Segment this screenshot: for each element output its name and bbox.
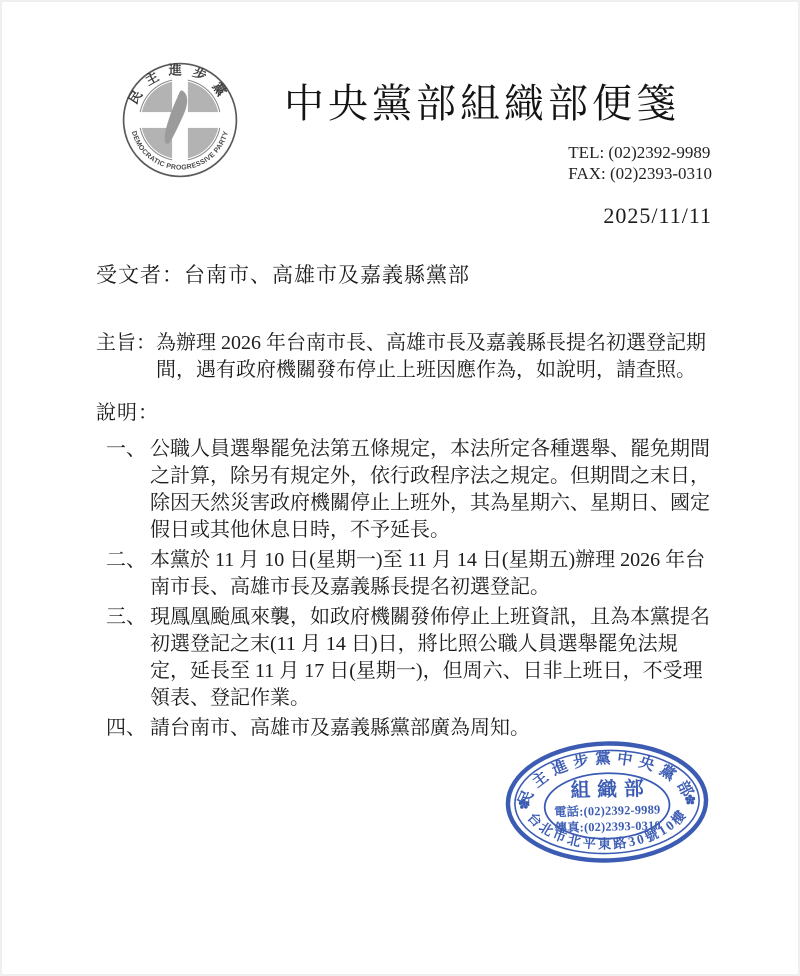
item-text: 公職人員選舉罷免法第五條規定，本法所定各種選舉、罷免期間之計算，除另有規定外，依… bbox=[150, 436, 712, 544]
recipient-value: 台南市、高雄市及嘉義縣黨部 bbox=[184, 263, 470, 287]
stamp-tel-line: 電話:(02)2392-9989 bbox=[554, 801, 661, 819]
item-text: 請台南市、高雄市及嘉義縣黨部廣為周知。 bbox=[150, 715, 712, 742]
item-number: 二、 bbox=[106, 547, 150, 574]
page-title: 中央黨部組織部便箋 bbox=[284, 72, 684, 129]
subject-line: 主旨： 為辦理 2026 年台南市長、高雄市長及嘉義縣長提名初選登記期間，遇有政… bbox=[96, 330, 708, 384]
recipient-line: 受文者：台南市、高雄市及嘉義縣黨部 bbox=[96, 262, 470, 289]
item-text: 現鳳凰颱風來襲，如政府機關發佈停止上班資訊，且為本黨提名初選登記之末(11 月 … bbox=[150, 604, 712, 712]
subject-label: 主旨： bbox=[96, 330, 156, 357]
list-item: 二、 本黨於 11 月 10 日(星期一)至 11 月 14 日(星期五)辦理 … bbox=[106, 547, 716, 601]
item-number: 一、 bbox=[106, 436, 150, 463]
organization-dept-stamp: 民主進步黨中央黨部 台北市北平東路30號10樓 組織部 電話:(02)2392-… bbox=[501, 737, 712, 866]
item-text: 本黨於 11 月 10 日(星期一)至 11 月 14 日(星期五)辦理 202… bbox=[150, 547, 712, 601]
dpp-logo: 民主進步黨 DEMOCRATIC PROGRESSIVE PARTY bbox=[122, 62, 238, 178]
stamp-dept-name: 組織部 bbox=[570, 777, 651, 802]
explanation-list: 一、 公職人員選舉罷免法第五條規定，本法所定各種選舉、罷免期間之計算，除另有規定… bbox=[106, 436, 716, 745]
subject-text: 為辦理 2026 年台南市長、高雄市長及嘉義縣長提名初選登記期間，遇有政府機關發… bbox=[156, 330, 708, 384]
stamp-fax-line: 傳真:(02)2393-0310 bbox=[554, 817, 661, 835]
explanation-label: 說明： bbox=[96, 396, 159, 425]
tel-line: TEL: (02)2392-9989 bbox=[568, 142, 712, 163]
fax-line: FAX: (02)2393-0310 bbox=[568, 163, 712, 184]
memo-page: 民主進步黨 DEMOCRATIC PROGRESSIVE PARTY 中央黨部組… bbox=[0, 0, 800, 976]
contact-block: TEL: (02)2392-9989 FAX: (02)2393-0310 bbox=[568, 142, 712, 184]
document-date: 2025/11/11 bbox=[603, 203, 712, 229]
item-number: 三、 bbox=[106, 604, 150, 631]
list-item: 三、 現鳳凰颱風來襲，如政府機關發佈停止上班資訊，且為本黨提名初選登記之末(11… bbox=[106, 604, 716, 712]
list-item: 四、 請台南市、高雄市及嘉義縣黨部廣為周知。 bbox=[106, 715, 716, 742]
list-item: 一、 公職人員選舉罷免法第五條規定，本法所定各種選舉、罷免期間之計算，除另有規定… bbox=[106, 436, 716, 544]
recipient-label: 受文者： bbox=[96, 263, 184, 287]
item-number: 四、 bbox=[106, 715, 150, 742]
